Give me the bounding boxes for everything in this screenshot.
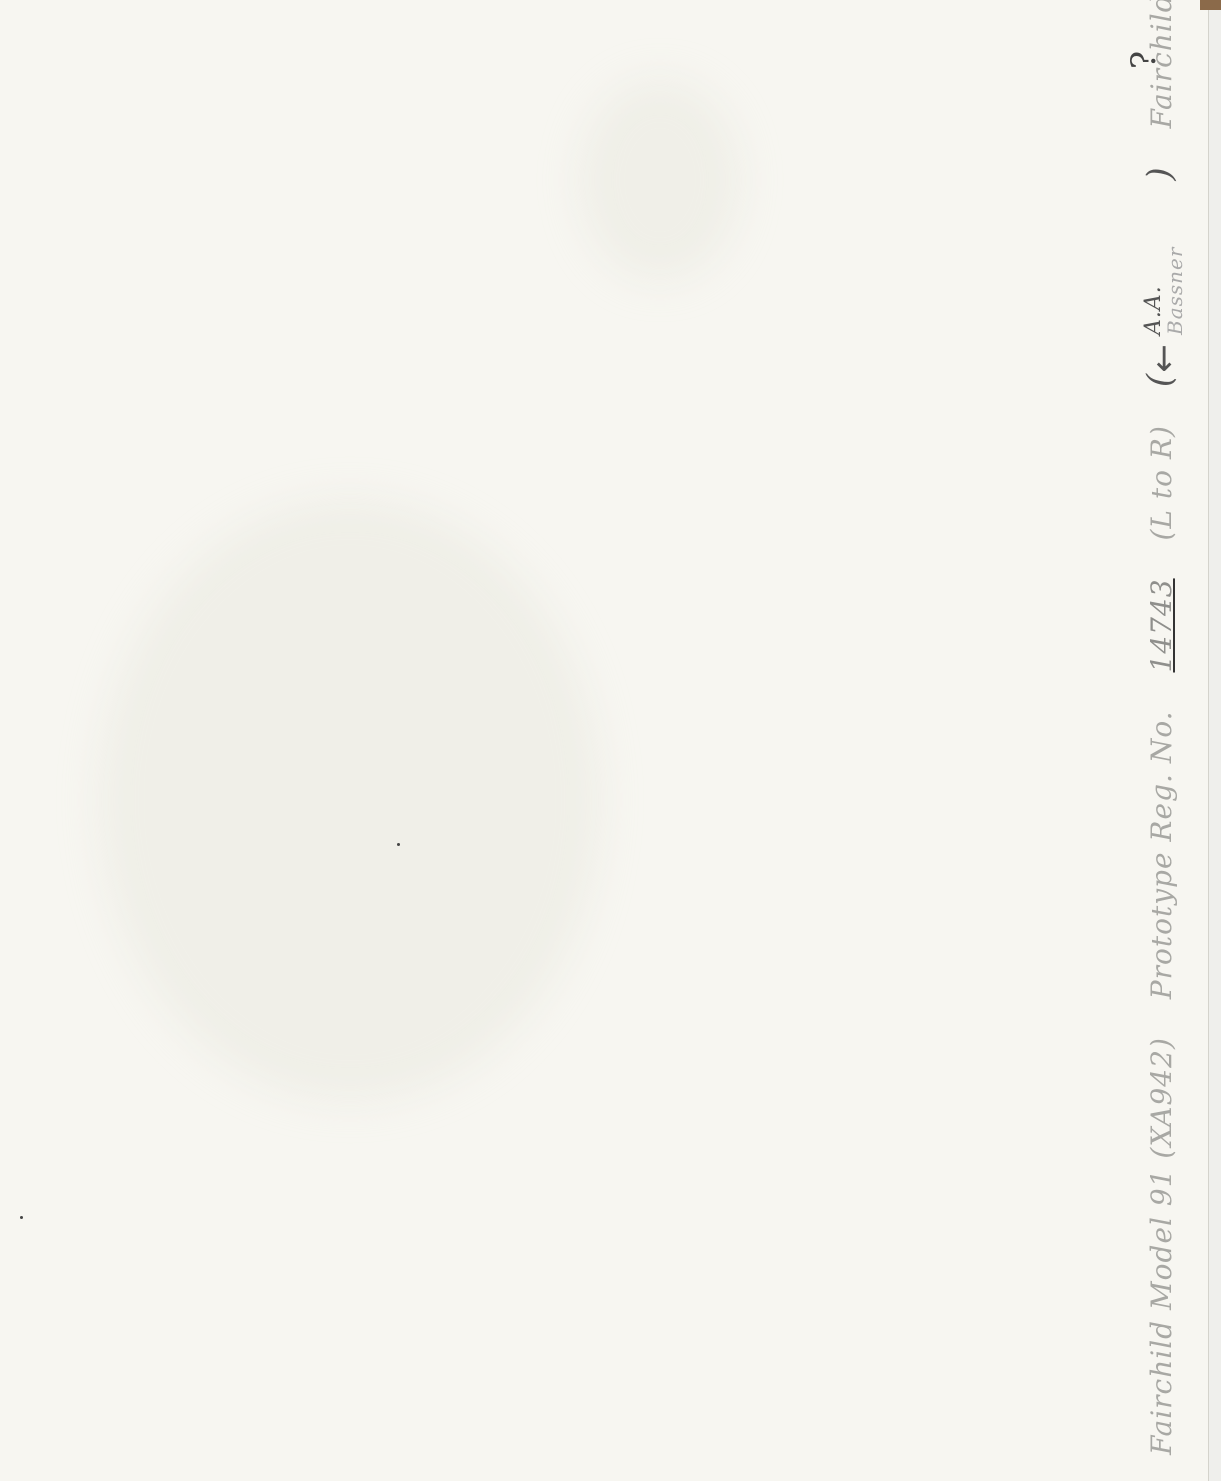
close-paren: ) [1140,166,1180,180]
person-surname: Bassner [1165,247,1185,335]
scan-border [1200,0,1221,10]
person-group: A.A. Bassner [1143,219,1185,335]
speck [20,1216,23,1219]
description-label: Prototype Reg. No. [1145,710,1178,999]
person-initials: A.A. [1143,247,1165,335]
handwritten-caption: Fairchild Model 91 (XA942) Prototype Reg… [1140,0,1185,1455]
orientation-note: (L to R) [1145,425,1178,540]
photo-back-sheet [0,0,1210,1481]
down-arrow-icon: ↓ [1150,340,1179,380]
aircraft-label: Fairchild Model 91 (XA942) [1145,1037,1178,1455]
smudge [580,80,740,280]
registration-number: 14743 [1145,578,1178,672]
speck [397,843,400,846]
smudge [100,500,600,1100]
page-edge [1208,0,1221,1481]
question-mark: ? [1124,51,1164,69]
